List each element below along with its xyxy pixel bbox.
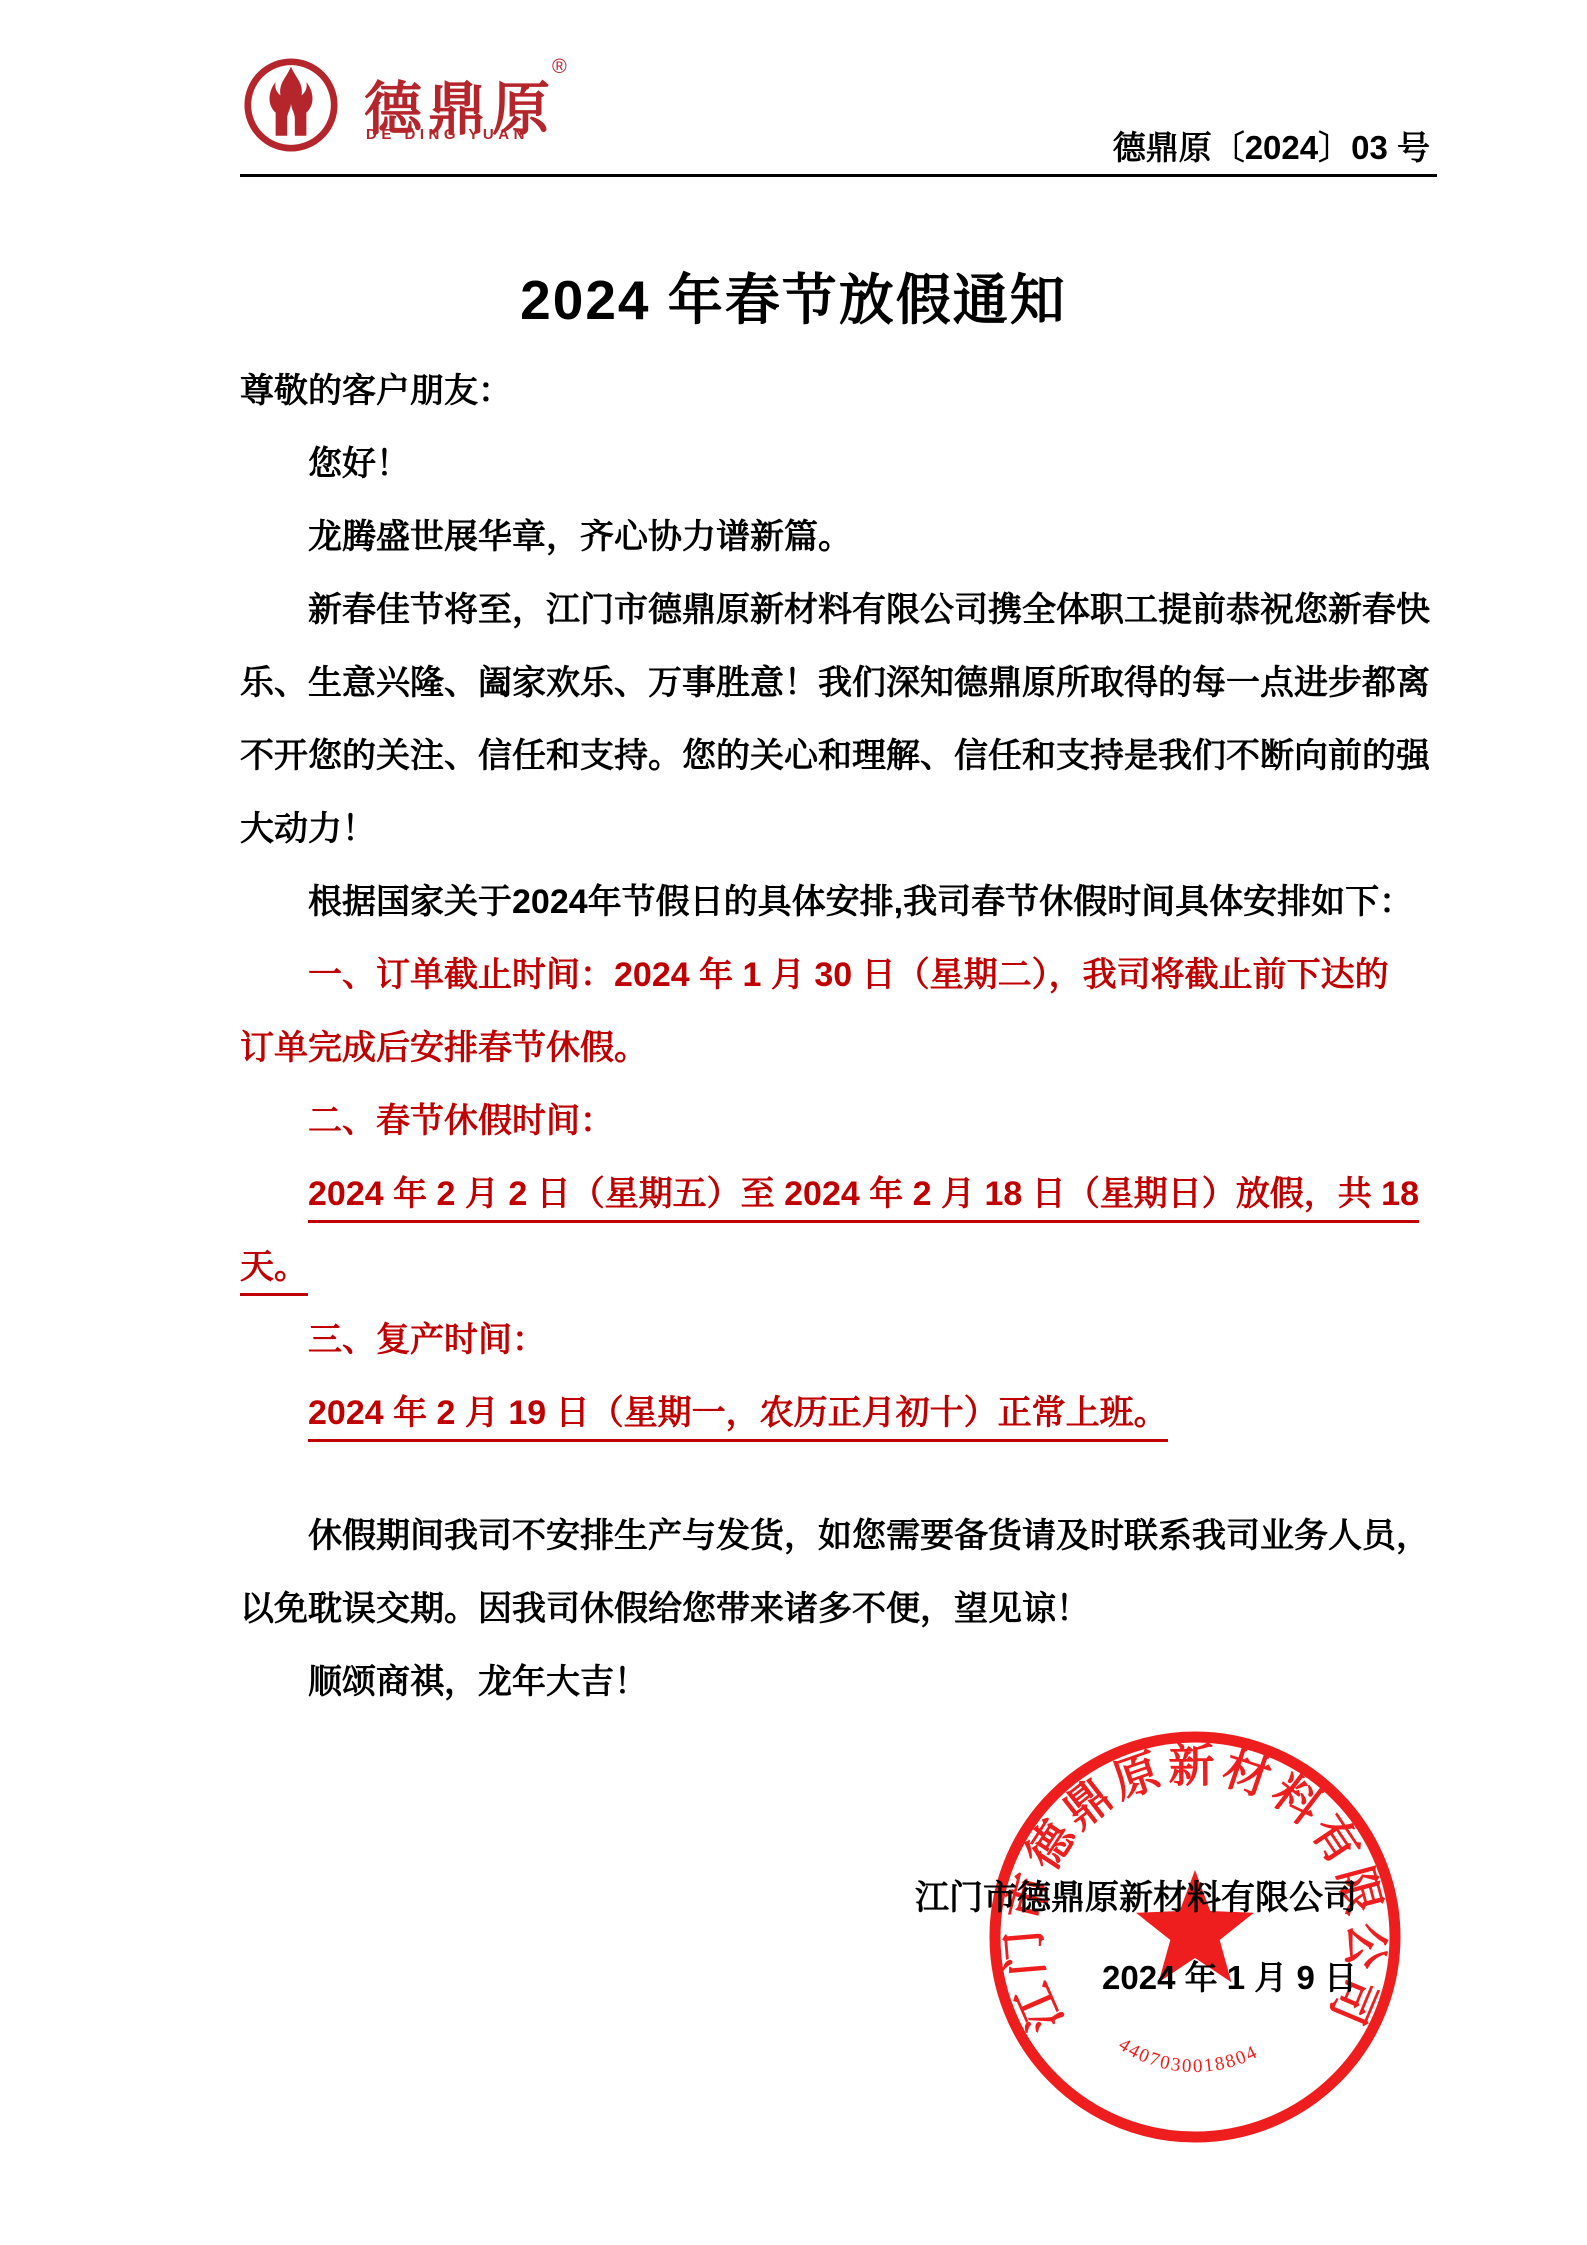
body-line: 乐、生意兴隆、阖家欢乐、万事胜意！我们深知德鼎原所取得的每一点进步都离	[240, 647, 1435, 720]
signoff-date: 2024 年 1 月 9 日	[915, 1958, 1357, 1998]
body-line: 根据国家关于2024年节假日的具体安排,我司春节休假时间具体安排如下：	[240, 866, 1435, 939]
body-line: 不开您的关注、信任和支持。您的关心和理解、信任和支持是我们不断向前的强	[240, 720, 1435, 793]
flame-in-circle-icon	[243, 56, 339, 154]
body-line: 以免耽误交期。因我司休假给您带来诸多不便，望见谅！	[240, 1573, 1435, 1646]
logo-company-name-en: DE DING YUAN	[366, 126, 529, 143]
body-line-highlight: 三、复产时间：	[240, 1304, 1435, 1377]
body-line: 顺颂商祺，龙年大吉！	[240, 1646, 1435, 1719]
body-line-highlight-underlined: 天。	[240, 1231, 1435, 1304]
document-page: 德鼎原 ® DE DING YUAN 德鼎原〔2024〕03 号 2024 年春…	[0, 0, 1587, 2245]
underlined-text: 2024 年 2 月 2 日（星期五）至 2024 年 2 月 18 日（星期日…	[308, 1175, 1419, 1223]
body-line-highlight-underlined: 2024 年 2 月 2 日（星期五）至 2024 年 2 月 18 日（星期日…	[240, 1158, 1435, 1231]
header-divider	[240, 174, 1437, 177]
body-line: 您好！	[240, 428, 1435, 501]
underlined-text: 2024 年 2 月 19 日（星期一，农历正月初十）正常上班。	[308, 1394, 1168, 1442]
page-title: 2024 年春节放假通知	[0, 256, 1587, 335]
signoff-block: 江门市德鼎原新材料有限公司 2024 年 1 月 9 日	[915, 1878, 1357, 1998]
body-line-highlight: 订单完成后安排春节休假。	[240, 1012, 1435, 1085]
body-line: 尊敬的客户朋友：	[240, 355, 1435, 428]
registered-trademark-icon: ®	[552, 56, 567, 79]
body-line: 新春佳节将至，江门市德鼎原新材料有限公司携全体职工提前恭祝您新春快	[240, 574, 1435, 647]
underlined-text: 天。	[240, 1248, 308, 1296]
body-line: 休假期间我司不安排生产与发货，如您需要备货请及时联系我司业务人员，	[240, 1500, 1435, 1573]
signoff-company-name: 江门市德鼎原新材料有限公司	[915, 1878, 1357, 1918]
body-line-highlight-underlined: 2024 年 2 月 19 日（星期一，农历正月初十）正常上班。	[240, 1377, 1435, 1450]
seal-serial-number: 4407030018804	[1115, 2034, 1262, 2077]
body-line-highlight: 二、春节休假时间：	[240, 1085, 1435, 1158]
body-line-highlight: 一、订单截止时间：2024 年 1 月 30 日（星期二），我司将截止前下达的	[240, 939, 1435, 1012]
document-number: 德鼎原〔2024〕03 号	[1113, 122, 1430, 169]
body-line: 龙腾盛世展华章，齐心协力谱新篇。	[240, 501, 1435, 574]
body-line: 大动力！	[240, 793, 1435, 866]
notice-body: 尊敬的客户朋友： 您好！ 龙腾盛世展华章，齐心协力谱新篇。 新春佳节将至，江门市…	[240, 355, 1435, 1719]
